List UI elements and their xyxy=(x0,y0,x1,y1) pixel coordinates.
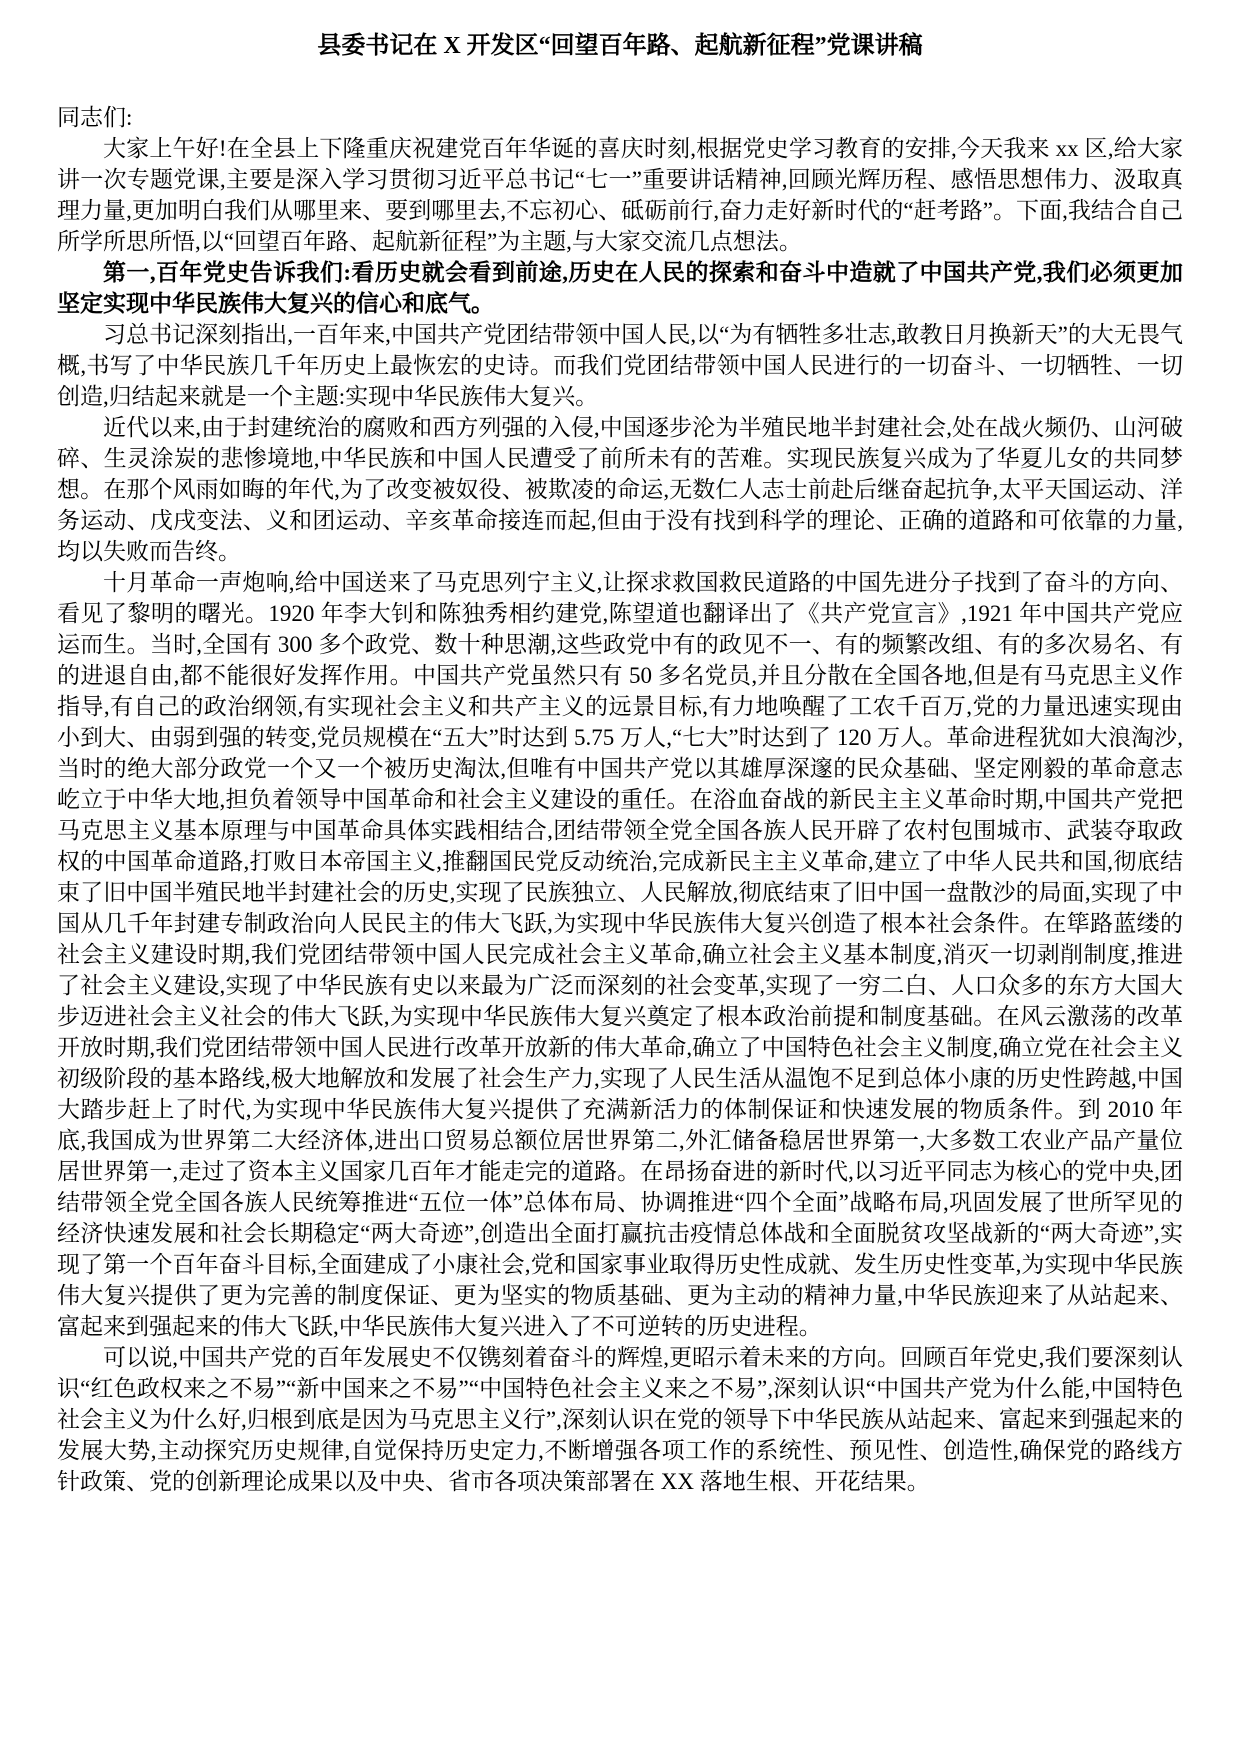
paragraph: 习总书记深刻指出,一百年来,中国共产党团结带领中国人民,以“为有牺牲多壮志,敢教… xyxy=(57,319,1183,412)
paragraph: 第一,百年党史告诉我们:看历史就会看到前途,历史在人民的探索和奋斗中造就了中国共… xyxy=(57,257,1183,319)
paragraph: 近代以来,由于封建统治的腐败和西方列强的入侵,中国逐步沦为半殖民地半封建社会,处… xyxy=(57,412,1183,567)
paragraph: 大家上午好!在全县上下隆重庆祝建党百年华诞的喜庆时刻,根据党史学习教育的安排,今… xyxy=(57,133,1183,257)
document-page: 县委书记在 X 开发区“回望百年路、起航新征程”党课讲稿 同志们: 大家上午好!… xyxy=(0,0,1240,1754)
paragraph: 十月革命一声炮响,给中国送来了马克思列宁主义,让探求救国救民道路的中国先进分子找… xyxy=(57,567,1183,1342)
paragraph: 可以说,中国共产党的百年发展史不仅镌刻着奋斗的辉煌,更昭示着未来的方向。回顾百年… xyxy=(57,1342,1183,1497)
salutation: 同志们: xyxy=(57,102,1183,133)
document-body: 大家上午好!在全县上下隆重庆祝建党百年华诞的喜庆时刻,根据党史学习教育的安排,今… xyxy=(57,133,1183,1497)
document-title: 县委书记在 X 开发区“回望百年路、起航新征程”党课讲稿 xyxy=(57,30,1183,62)
